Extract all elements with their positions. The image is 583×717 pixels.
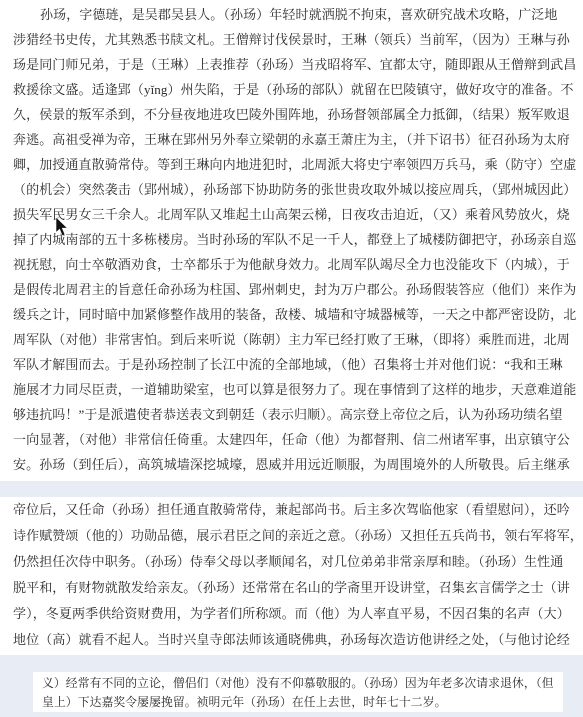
text-line: 周军队（对他）非常害怕。到后来听说（陈朝）主力军已经打败了王琳，（即将）乘胜而进… <box>13 327 580 352</box>
text-line: 损失军民男女三千余人。北周军队又堆起土山高架云梯，日夜攻击迫近，（又）乘着风势放… <box>13 202 580 227</box>
text-line: 玚是同门师兄弟，于是（王琳）上表推荐（孙玚）当戎昭将军、宜都太守，随即跟从王僧辩… <box>13 52 580 77</box>
text-line: 皇上）下达嘉奖令屡屡挽留。祯明元年（孙玚）在任上去世，时年七十二岁。 <box>42 693 559 712</box>
text-line: 地位（高）就看不起人。当时兴皇寺郎法师该通晓佛典，孙玚每次造访他讲经之处，（与他… <box>13 627 581 653</box>
text-line: 仍然担任次侍中职务。（孙玚）侍奉父母以孝顺闻名，对几位弟弟非常亲厚和睦。（孙玚）… <box>13 549 581 575</box>
text-line: 救援徐文盛。适逢郢（yǐng）州失陷，于是（孙玚的部队）就留在巴陵镇守，做好攻守… <box>13 77 580 102</box>
text-line: 孙玚，字德琏，是吴郡吴县人。（孙玚）年轻时就洒脱不拘束，喜欢研究战术攻略，广泛地 <box>13 2 580 27</box>
text-line: 帝位后，又任命（孙玚）担任通直散骑常侍，兼起部尚书。后主多次驾临他家（看望慰问）… <box>13 497 581 523</box>
text-line: 是假传北周君主的旨意任命孙玚为柱国、郢州刺史，封为万户郡公。孙玚假装答应（他们）… <box>13 277 580 302</box>
section-divider-band <box>0 481 583 497</box>
text-line: （的机会）突然袭击（郢州城），孙玚部下协助防务的张世贵攻取外城以接应周兵，（郢州… <box>13 177 580 202</box>
text-line: 够违抗吗！”于是派遣使者恭送表文到朝廷（表示归顺）。高宗登上帝位之后，认为孙玚功… <box>13 402 580 427</box>
passage-paragraph-1: 孙玚，字德琏，是吴郡吴县人。（孙玚）年轻时就洒脱不拘束，喜欢研究战术攻略，广泛地… <box>13 2 580 477</box>
text-line: 一向显著，（对他）非常信任倚重。太建四年，任命（他）为都督荆、信二州诸军事，出京… <box>13 427 580 452</box>
text-line: 诗作赋赞颂（他的）功勋品德，展示君臣之间的亲近之意。（孙玚）又担任五兵尚书，领右… <box>13 523 581 549</box>
document-page: { "page": { "background": "#ffffff", "ba… <box>0 0 583 717</box>
text-line: 缓兵之计，同时暗中加紧修整作战用的装备，敌楼、城墙和守城器械等，一天之中都严密设… <box>13 302 580 327</box>
text-line: 卿，加授通直散骑常侍。等到王琳向内地进犯时，北周派大将史宁率领四万兵马，乘（防守… <box>13 152 580 177</box>
text-line: 奔逃。高祖受禅为帝，王琳在郢州另外奉立梁朝的永嘉王萧庄为主，（并下诏书）征召孙玚… <box>13 127 580 152</box>
text-line: 掉了内城南部的五十多栋楼房。当时孙玚的军队不足一千人，都登上了城楼防御把守，孙玚… <box>13 227 580 252</box>
text-line: 脱平和，有财物就散发给亲友。（孙玚）还常常在名山的学斋里开设讲堂，召集玄言儒学之… <box>13 575 581 601</box>
text-line: 施展才力同尽臣责，一道辅助梁室，也可以算是很努力了。现在事情到了这样的地步，天意… <box>13 377 580 402</box>
text-line: 学），冬夏两季供给资财费用，为学者们所称颂。而（他）为人率直平易，不因召集的名声… <box>13 601 581 627</box>
passage-paragraph-2: 帝位后，又任命（孙玚）担任通直散骑常侍，兼起部尚书。后主多次驾临他家（看望慰问）… <box>13 497 581 653</box>
passage-paragraph-3-box: 义）经常有不同的立论，僧侣们（对他）没有不仰慕敬服的。（孙玚）因为年老多次请求退… <box>33 672 563 712</box>
text-line: 涉猎经书史传，尤其熟悉书牍文札。王僧辩讨伐侯景时，王琳（领兵）当前军，（因为）王… <box>13 27 580 52</box>
text-line: 安。孙玚（到任后），高筑城墙深挖城壕，恩威并用远近顺服，为周围境外的人所敬畏。后… <box>13 452 580 477</box>
text-line: 久，侯景的叛军杀到，不分昼夜地进攻巴陵外围阵地，孙玚督领部属全力抵御，（结果）叛… <box>13 102 580 127</box>
text-line: 军队才解围而去。于是孙玚控制了长江中流的全部地域，（他）召集将士并对他们说：“我… <box>13 352 580 377</box>
text-line: 义）经常有不同的立论，僧侣们（对他）没有不仰慕敬服的。（孙玚）因为年老多次请求退… <box>42 674 559 693</box>
text-line: 视抚慰，向士卒敬酒劝食，士卒都乐于为他献身效力。北周军队竭尽全力也没能攻下（内城… <box>13 252 580 277</box>
